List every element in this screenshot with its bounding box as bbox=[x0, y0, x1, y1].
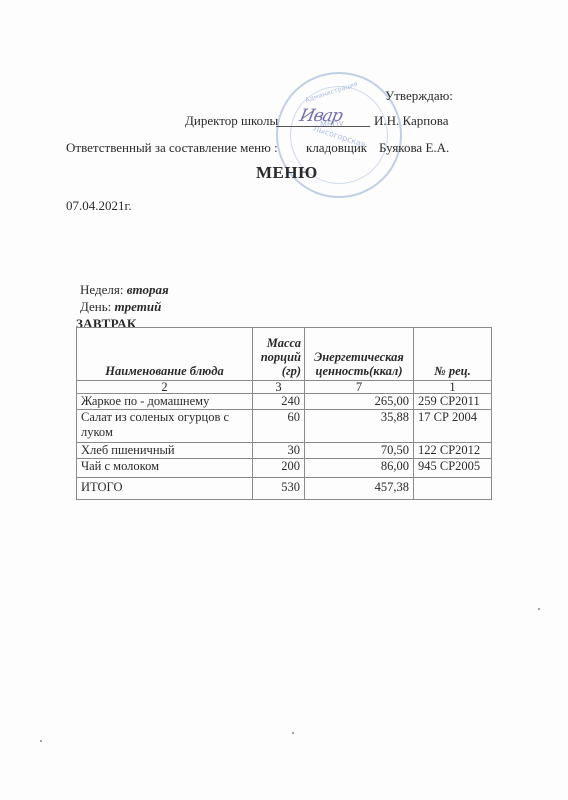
responsible-label: Ответственный за составление меню : bbox=[66, 140, 278, 156]
scan-speck bbox=[538, 608, 540, 610]
stamp-ring-text: Администрация bbox=[304, 80, 358, 104]
column-number: 1 bbox=[414, 381, 492, 394]
table-row: Жаркое по - домашнему 240 265,00 259 СР2… bbox=[77, 394, 492, 410]
header-recipe: № рец. bbox=[414, 328, 492, 381]
table-row: Чай с молоком 200 86,00 945 СР2005 bbox=[77, 459, 492, 478]
header-dish-name: Наименование блюда bbox=[77, 328, 253, 381]
column-number: 7 bbox=[305, 381, 414, 394]
day-value: третий bbox=[115, 299, 162, 314]
day-label: День: bbox=[80, 299, 111, 314]
dish-name: Салат из соленых огурцов с луком bbox=[77, 410, 253, 443]
total-mass: 530 bbox=[253, 478, 305, 500]
director-name: И.Н. Карпова bbox=[374, 113, 449, 129]
dish-energy: 86,00 bbox=[305, 459, 414, 478]
scan-speck bbox=[292, 732, 294, 734]
responsible-name: Буякова Е.А. bbox=[379, 140, 449, 156]
dish-recipe: 17 СР 2004 bbox=[414, 410, 492, 443]
dish-recipe: 945 СР2005 bbox=[414, 459, 492, 478]
table-row: Хлеб пшеничный 30 70,50 122 СР2012 bbox=[77, 443, 492, 459]
column-number: 2 bbox=[77, 381, 253, 394]
director-label: Директор школы bbox=[185, 113, 278, 129]
header-energy: Энергетическая ценность(ккал) bbox=[305, 328, 414, 381]
column-number: 3 bbox=[253, 381, 305, 394]
responsible-role: кладовщик bbox=[306, 140, 367, 156]
dish-mass: 240 bbox=[253, 394, 305, 410]
dish-energy: 265,00 bbox=[305, 394, 414, 410]
week-info: Неделя: вторая bbox=[80, 282, 169, 298]
dish-name: Жаркое по - домашнему bbox=[77, 394, 253, 410]
dish-name: Хлеб пшеничный bbox=[77, 443, 253, 459]
dish-energy: 70,50 bbox=[305, 443, 414, 459]
approval-heading: Утверждаю: bbox=[385, 88, 453, 104]
dish-mass: 30 bbox=[253, 443, 305, 459]
total-recipe bbox=[414, 478, 492, 500]
day-info: День: третий bbox=[80, 299, 161, 315]
dish-energy: 35,88 bbox=[305, 410, 414, 443]
total-energy: 457,38 bbox=[305, 478, 414, 500]
document-date: 07.04.2021г. bbox=[66, 198, 132, 214]
total-label: ИТОГО bbox=[77, 478, 253, 500]
week-value: вторая bbox=[127, 282, 169, 297]
dish-mass: 200 bbox=[253, 459, 305, 478]
document-title: МЕНЮ bbox=[256, 163, 318, 183]
dish-name: Чай с молоком bbox=[77, 459, 253, 478]
director-signature: Ивар bbox=[298, 106, 344, 126]
dish-mass: 60 bbox=[253, 410, 305, 443]
table-row: Салат из соленых огурцов с луком 60 35,8… bbox=[77, 410, 492, 443]
column-number-row: 2 3 7 1 bbox=[77, 381, 492, 394]
menu-table: Наименование блюда Масса порций (гр) Эне… bbox=[76, 327, 492, 500]
total-row: ИТОГО 530 457,38 bbox=[77, 478, 492, 500]
dish-recipe: 259 СР2011 bbox=[414, 394, 492, 410]
dish-recipe: 122 СР2012 bbox=[414, 443, 492, 459]
table-header-row: Наименование блюда Масса порций (гр) Эне… bbox=[77, 328, 492, 381]
signature-line bbox=[276, 126, 370, 127]
scan-speck bbox=[40, 740, 42, 742]
week-label: Неделя: bbox=[80, 282, 123, 297]
header-mass: Масса порций (гр) bbox=[253, 328, 305, 381]
